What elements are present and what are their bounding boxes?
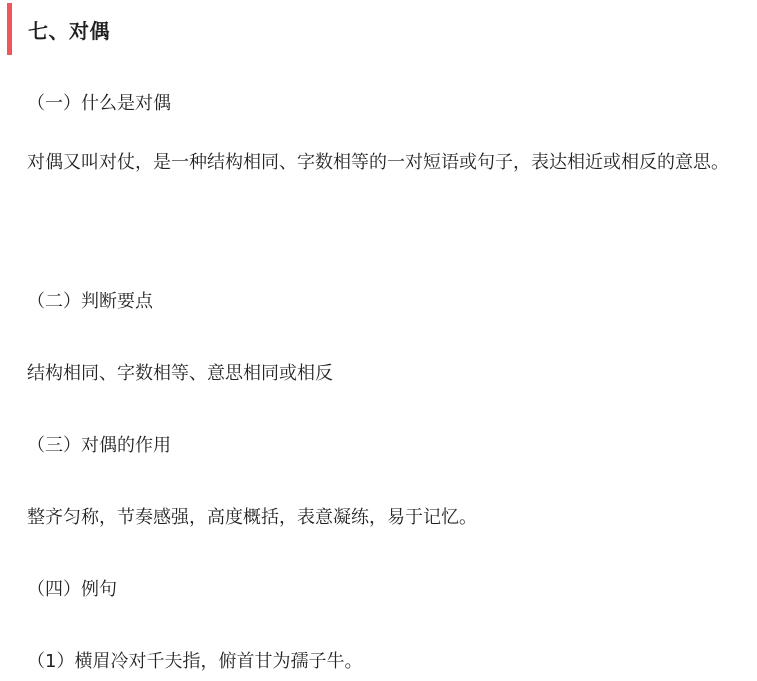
- subheading-key-points: （二）判断要点: [27, 290, 752, 314]
- section-title: 七、对偶: [28, 15, 110, 44]
- section-heading: 七、对偶: [7, 3, 747, 55]
- subheading-examples: （四）例句: [27, 578, 752, 602]
- subheading-function: （三）对偶的作用: [27, 434, 752, 458]
- subheading-what-is-duiou: （一）什么是对偶: [27, 92, 752, 116]
- definition-paragraph: 对偶又叫对仗，是一种结构相同、字数相等的一对短语或句子，表达相近或相反的意思。: [27, 137, 752, 189]
- function-paragraph: 整齐匀称，节奏感强，高度概括，表意凝练，易于记忆。: [27, 506, 752, 530]
- key-points-paragraph: 结构相同、字数相等、意思相同或相反: [27, 362, 752, 386]
- example-sentence-1: （1）横眉冷对千夫指，俯首甘为孺子牛。: [27, 650, 752, 674]
